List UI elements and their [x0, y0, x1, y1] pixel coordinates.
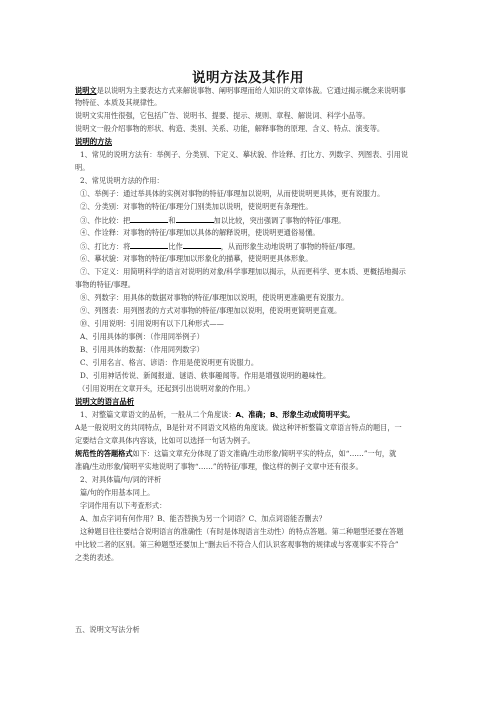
- quote-form-b: B、引用具体的数据：（作用同列数字）: [80, 345, 430, 355]
- intro-definition: 说明文是以说明为主要表达方式来解说事物、阐明事理而给人知识的文章体裁。它通过揭示…: [75, 86, 425, 96]
- format-label: 规范性的答题格式: [75, 449, 133, 458]
- p1-bold-text: A、准确；B、形象生动或简明平实。: [236, 410, 355, 419]
- item-text: ③、作比较：把: [80, 216, 130, 225]
- language-p7: 这种题目往往要结合说明语言的准确性（有时是体现语言生动性）的特点答题。第二种题型…: [80, 527, 430, 537]
- item-text: ⑤、打比方：将: [80, 242, 130, 251]
- answer-format-cont: 准确/生动形象/简明平实地说明了事物“……”的特征/事理，像这样的例子文章中还有…: [75, 462, 425, 472]
- method-item-3: ③、作比较：把和加以比较，突出强调了事物的特征/事理。: [80, 215, 430, 226]
- methods-p1: 1、常见的说明方法有：举例子、分类别、下定义、摹状貌、作诠释、打比方、列数字、列…: [80, 150, 430, 160]
- method-item-7: ⑦、下定义：用简明科学的语言对说明的对象/科学事理加以揭示，从而更科学、更本质、…: [80, 267, 430, 277]
- item-text: 和: [168, 216, 175, 225]
- quote-form-c: C、引用名言、格言、谚语：作用是使说明更有说服力。: [80, 358, 430, 368]
- language-p4: 篇/句的作用基本同上。: [80, 488, 430, 498]
- method-item-8: ⑧、列数字：用具体的数据对事物的特征/事理加以说明，使说明更准确更有说服力。: [80, 293, 430, 303]
- method-item-9: ⑨、列图表：用列图表的方式对事物的特征/事理加以说明，使说明更简明更直观。: [80, 306, 430, 316]
- method-item-2: ②、分类别：对事物的特征/事理分门别类加以说明，使说明更有条理性。: [80, 202, 430, 212]
- quote-form-d: D、引用神话传说、新闻报道、谜语、轶事趣闻等。作用是增强说明的趣味性。: [80, 371, 430, 381]
- method-item-4: ④、作诠释：对事物的特征/事理加以具体的解释说明，使说明更通俗易懂。: [80, 228, 430, 238]
- p1-text: 1、对整篇文章语文的品析，一般从二个角度谈：: [80, 410, 236, 419]
- quote-note: （引用说明在文章开头，还起到引出说明对象的作用。）: [78, 384, 428, 394]
- language-p7-cont: 中比较二者的区别。第三种题型还要加上“删去后不符合人们认识客观事物的规律或与客观…: [75, 540, 425, 550]
- intro-text: 是以说明为主要表达方式来解说事物、阐明事理而给人知识的文章体裁。它通过揭示概念来…: [97, 86, 406, 95]
- answer-format: 规范性的答题格式如下：这篇文章充分体现了语文准确/生动形象/简明平实的特点，如“…: [75, 449, 425, 459]
- language-p2: A是一般说明文的共同特点，B是针对不同语文风格的角度谈。做这种评析整篇文章语言特…: [75, 423, 425, 433]
- method-item-5: ⑤、打比方：将比作，从而形象生动地说明了事物的特征/事理。: [80, 241, 430, 252]
- intro-definition-cont: 物特征、本质及其规律性。: [75, 98, 425, 108]
- language-p6: A、加点字词有何作用？B、能否替换为另一个词语？C、加点词语能否删去？: [80, 514, 430, 524]
- page-title: 说明方法及其作用: [0, 66, 496, 86]
- method-item-1: ①、举例子：通过举具体的实例对事物的特征/事理加以说明，从而使说明更具体，更有说…: [80, 189, 430, 199]
- method-item-7-cont: 事物的特征/事理。: [75, 280, 425, 290]
- method-item-10: ⑩、引用说明：引用说明有以下几种形式——: [80, 319, 430, 329]
- item-text: ，从而形象生动地说明了事物的特征/事理。: [221, 242, 360, 251]
- methods-p2: 2、常见说明方法的作用：: [80, 176, 430, 186]
- section-heading-methods: 说明的方法: [75, 137, 425, 147]
- fill-blank: [176, 215, 214, 223]
- intro-content: 说明文一般介绍事物的形状、构造、类别、关系、功能，解释事物的原理、含义、特点、演…: [75, 124, 425, 134]
- fill-blank: [130, 215, 168, 223]
- language-p5: 字词作用有以下考查形式：: [80, 501, 430, 511]
- quote-form-a: A、引用具体的事例：（作用同举例子）: [80, 332, 430, 342]
- language-p1: 1、对整篇文章语文的品析，一般从二个角度谈：A、准确；B、形象生动或简明平实。: [80, 410, 430, 420]
- term-label: 说明文: [75, 86, 97, 95]
- method-item-6: ⑥、摹状貌：对事物的特征/事理加以形象化的描摹，使说明更具体形象。: [80, 254, 430, 264]
- document-page: 说明方法及其作用 说明文是以说明为主要表达方式来解说事物、阐明事理而给人知识的文…: [0, 0, 496, 702]
- intro-types: 说明文实用性很强，它包括广告、说明书、提要、提示、规则、章程、解说词、科学小品等…: [75, 111, 425, 121]
- section-heading-five: 五、说明文写法分析: [75, 625, 425, 635]
- fill-blank: [183, 241, 221, 249]
- methods-p1-cont: 明。: [75, 163, 425, 173]
- language-p7-end: 之类的表述。: [75, 553, 425, 563]
- language-p3: 2、对具体篇/句/词的评析: [80, 475, 430, 485]
- language-p2-cont: 定要结合文章具体内容谈，比如可以选择一句话为例子。: [75, 436, 425, 446]
- item-text: 加以比较，突出强调了事物的特征/事理。: [214, 216, 346, 225]
- fill-blank: [130, 241, 168, 249]
- item-text: 比作: [168, 242, 182, 251]
- section-heading-language: 说明文的语言品析: [75, 397, 425, 407]
- format-text: 如下：这篇文章充分体现了语文准确/生动形象/简明平实的特点，如“……”一句，就: [133, 449, 397, 458]
